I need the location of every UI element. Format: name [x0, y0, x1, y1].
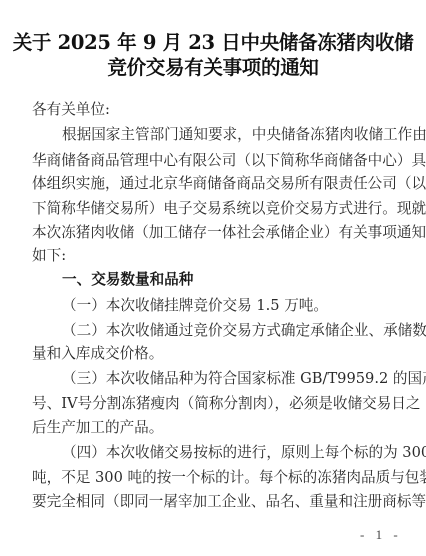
document-title-line-2: 竞价交易有关事项的通知 [0, 52, 426, 80]
section-heading: 一、交易数量和品种 [62, 271, 193, 289]
item-3-line: 后生产加工的产品。 [32, 419, 394, 437]
item-3-line: 号、IV号分割冻猪瘦肉（简称分割肉），必须是收储交易日之 [32, 395, 394, 413]
item-2-line: 量和入库成交价格。 [32, 345, 394, 363]
intro-line: 根据国家主管部门通知要求，中央储备冻猪肉收储工作由 [62, 126, 394, 144]
document-title-line-1: 关于 2025 年 9 月 23 日中央储备冻猪肉收储 [0, 27, 426, 55]
intro-line: 本次冻猪肉收储（加工储存一体社会承储企业）有关事项通知 [32, 224, 394, 242]
document-page: 关于 2025 年 9 月 23 日中央储备冻猪肉收储 竞价交易有关事项的通知 … [0, 0, 426, 556]
salutation: 各有关单位: [32, 101, 394, 119]
item-4-line: 吨，不足 300 吨的按一个标的计。每个标的冻猪肉品质与包装 [32, 469, 394, 487]
page-number: - 1 - [360, 527, 402, 543]
item-3-line: （三）本次收储品种为符合国家标准 GB/T9959.2 的国产II [62, 370, 394, 388]
item-2-line: （二）本次收储通过竞价交易方式确定承储企业、承储数 [62, 322, 394, 340]
intro-line: 华商储备商品管理中心有限公司（以下简称华商储备中心）具 [32, 152, 394, 170]
item-1-line: （一）本次收储挂牌竞价交易 1.5 万吨。 [62, 297, 394, 315]
intro-line: 下简称华储交易所）电子交易系统以竞价交易方式进行。现就 [32, 200, 394, 218]
item-4-line: （四）本次收储交易按标的进行，原则上每个标的为 300 [62, 444, 394, 462]
intro-line: 体组织实施，通过北京华商储备商品交易所有限责任公司（以 [32, 175, 394, 193]
item-4-line: 要完全相同（即同一屠宰加工企业、品名、重量和注册商标等）。 [32, 493, 394, 511]
intro-line: 如下: [32, 247, 394, 265]
